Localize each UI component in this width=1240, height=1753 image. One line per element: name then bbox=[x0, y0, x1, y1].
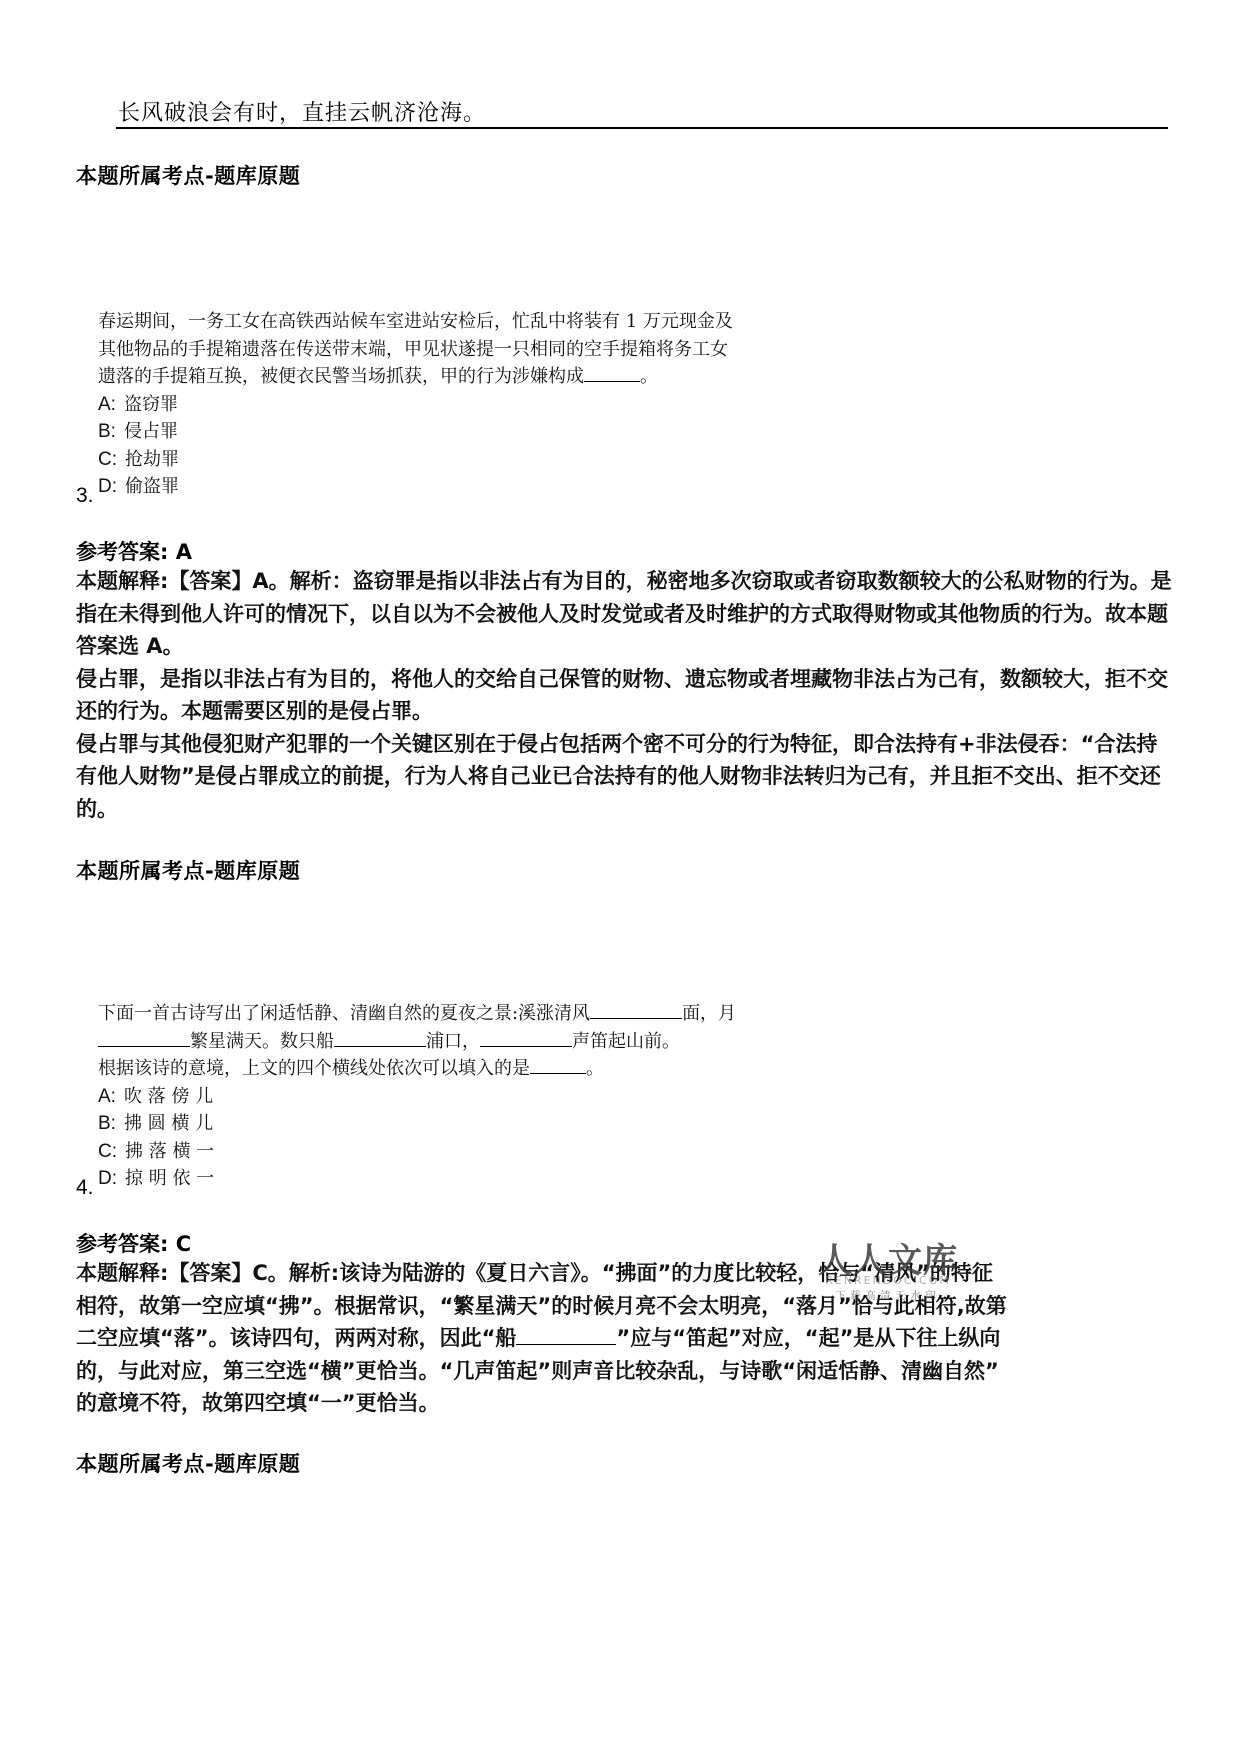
option-a: A:盗窃罪 bbox=[98, 391, 733, 419]
option-text: 偷盗罪 bbox=[125, 476, 179, 497]
explanation-paragraph: 侵占罪与其他侵犯财产犯罪的一个关键区别在于侵占包括两个密不可分的行为特征，即合法… bbox=[76, 728, 1176, 826]
option-letter: B: bbox=[98, 421, 116, 442]
option-text: 抢劫罪 bbox=[125, 449, 179, 470]
question-stem-line: 其他物品的手提箱遗落在传送带末端，甲见状遂提一只相同的空手提箱将务工女 bbox=[98, 336, 733, 364]
answer-blank bbox=[334, 1028, 426, 1047]
option-letter: D: bbox=[98, 476, 117, 497]
explanation-paragraph: 侵占罪，是指以非法占有为目的，将他人的交给自己保管的财物、遗忘物或者埋藏物非法占… bbox=[76, 663, 1176, 728]
question-stem-text: 遗落的手提箱互换，被便衣民警当场抓获，甲的行为涉嫌构成 bbox=[98, 366, 584, 387]
question-3: 春运期间，一务工女在高铁西站候车室进站安检后，忙乱中将装有 1 万元现金及 其他… bbox=[98, 308, 733, 501]
explanation-line: 的意境不符，故第四空填“一”更恰当。 bbox=[76, 1387, 1176, 1420]
question-stem-line: 下面一首古诗写出了闲适恬静、清幽自然的夏夜之景:溪涨清风面，月 bbox=[98, 1000, 736, 1028]
question-stem-line: 根据该诗的意境，上文的四个横线处依次可以填入的是。 bbox=[98, 1055, 736, 1083]
explanation: 本题解释:【答案】A。解析：盗窃罪是指以非法占有为目的，秘密地多次窃取或者窃取数… bbox=[76, 565, 1176, 825]
section-label: 本题所属考点-题库原题 bbox=[76, 1448, 300, 1478]
option-letter: C: bbox=[98, 1141, 117, 1162]
section-label: 本题所属考点-题库原题 bbox=[76, 855, 300, 885]
question-number: 3. bbox=[76, 484, 94, 508]
option-a: A:吹 落 傍 儿 bbox=[98, 1083, 736, 1111]
explanation-line: 相符，故第一空应填“拂”。根据常识，“繁星满天”的时候月亮不会太明亮，“落月”恰… bbox=[76, 1290, 1176, 1323]
option-letter: A: bbox=[98, 1086, 116, 1107]
question-number: 4. bbox=[76, 1176, 94, 1200]
option-c: C:抢劫罪 bbox=[98, 446, 733, 474]
answer-blank bbox=[584, 363, 640, 382]
explanation-text: 二空应填“落”。该诗四句，两两对称，因此“船 bbox=[76, 1326, 516, 1350]
explanation-line: 本题解释:【答案】C。解析:该诗为陆游的《夏日六言》。“拂面”的力度比较轻，恰与… bbox=[76, 1257, 1176, 1290]
question-stem-end: 。 bbox=[586, 1058, 604, 1079]
option-text: 盗窃罪 bbox=[124, 394, 178, 415]
option-d: D:掠 明 依 一 bbox=[98, 1165, 736, 1193]
explanation: 本题解释:【答案】C。解析:该诗为陆游的《夏日六言》。“拂面”的力度比较轻，恰与… bbox=[76, 1257, 1176, 1420]
option-text: 掠 明 依 一 bbox=[125, 1168, 214, 1189]
option-b: B:拂 圆 横 儿 bbox=[98, 1110, 736, 1138]
answer-blank bbox=[530, 1055, 586, 1074]
answer-label: 参考答案: A bbox=[76, 536, 192, 566]
question-4: 下面一首古诗写出了闲适恬静、清幽自然的夏夜之景:溪涨清风面，月 繁星满天。数只船… bbox=[98, 1000, 736, 1193]
question-stem-text: 根据该诗的意境，上文的四个横线处依次可以填入的是 bbox=[98, 1058, 530, 1079]
question-stem-line: 繁星满天。数只船浦口，声笛起山前。 bbox=[98, 1028, 736, 1056]
option-d: D:偷盗罪 bbox=[98, 473, 733, 501]
explanation-paragraph: 本题解释:【答案】A。解析：盗窃罪是指以非法占有为目的，秘密地多次窃取或者窃取数… bbox=[76, 565, 1176, 663]
section-label: 本题所属考点-题库原题 bbox=[76, 160, 300, 190]
option-c: C:拂 落 横 一 bbox=[98, 1138, 736, 1166]
explanation-line: 二空应填“落”。该诗四句，两两对称，因此“船”应与“笛起”对应，“起”是从下往上… bbox=[76, 1322, 1176, 1355]
option-text: 拂 圆 横 儿 bbox=[124, 1113, 213, 1134]
option-letter: D: bbox=[98, 1168, 117, 1189]
question-stem-line: 遗落的手提箱互换，被便衣民警当场抓获，甲的行为涉嫌构成。 bbox=[98, 363, 733, 391]
watermark-english: RENRENDOC.COM bbox=[808, 1274, 968, 1287]
option-letter: A: bbox=[98, 394, 116, 415]
watermark-subtitle: 下载高清无水印 bbox=[808, 1287, 968, 1302]
answer-label: 参考答案: C bbox=[76, 1228, 191, 1258]
question-stem-line: 春运期间，一务工女在高铁西站候车室进站安检后，忙乱中将装有 1 万元现金及 bbox=[98, 308, 733, 336]
watermark: 人人文库 RENRENDOC.COM 下载高清无水印 bbox=[808, 1244, 968, 1302]
answer-blank bbox=[98, 1028, 190, 1047]
answer-blank bbox=[480, 1028, 572, 1047]
watermark-logo: 人人文库 bbox=[808, 1244, 968, 1278]
question-stem-end: 。 bbox=[640, 366, 658, 387]
option-letter: B: bbox=[98, 1113, 116, 1134]
explanation-line: 的，与此对应，第三空选“横”更恰当。“几声笛起”则声音比较杂乱，与诗歌“闲适恬静… bbox=[76, 1355, 1176, 1388]
option-text: 侵占罪 bbox=[124, 421, 178, 442]
motto-text: 长风破浪会有时，直挂云帆济沧海。 bbox=[118, 96, 486, 127]
question-stem-text: 面，月 bbox=[682, 1003, 736, 1024]
header-divider bbox=[116, 127, 1168, 129]
answer-blank bbox=[590, 1000, 682, 1019]
option-letter: C: bbox=[98, 449, 117, 470]
question-stem-text: 声笛起山前。 bbox=[572, 1031, 680, 1052]
question-stem-text: 繁星满天。数只船 bbox=[190, 1031, 334, 1052]
option-b: B:侵占罪 bbox=[98, 418, 733, 446]
option-text: 拂 落 横 一 bbox=[125, 1141, 214, 1162]
option-text: 吹 落 傍 儿 bbox=[124, 1086, 213, 1107]
explanation-text: ”应与“笛起”对应，“起”是从下往上纵向 bbox=[616, 1326, 1000, 1350]
answer-blank bbox=[516, 1324, 616, 1345]
question-stem-text: 浦口， bbox=[426, 1031, 480, 1052]
question-stem-text: 下面一首古诗写出了闲适恬静、清幽自然的夏夜之景:溪涨清风 bbox=[98, 1003, 590, 1024]
